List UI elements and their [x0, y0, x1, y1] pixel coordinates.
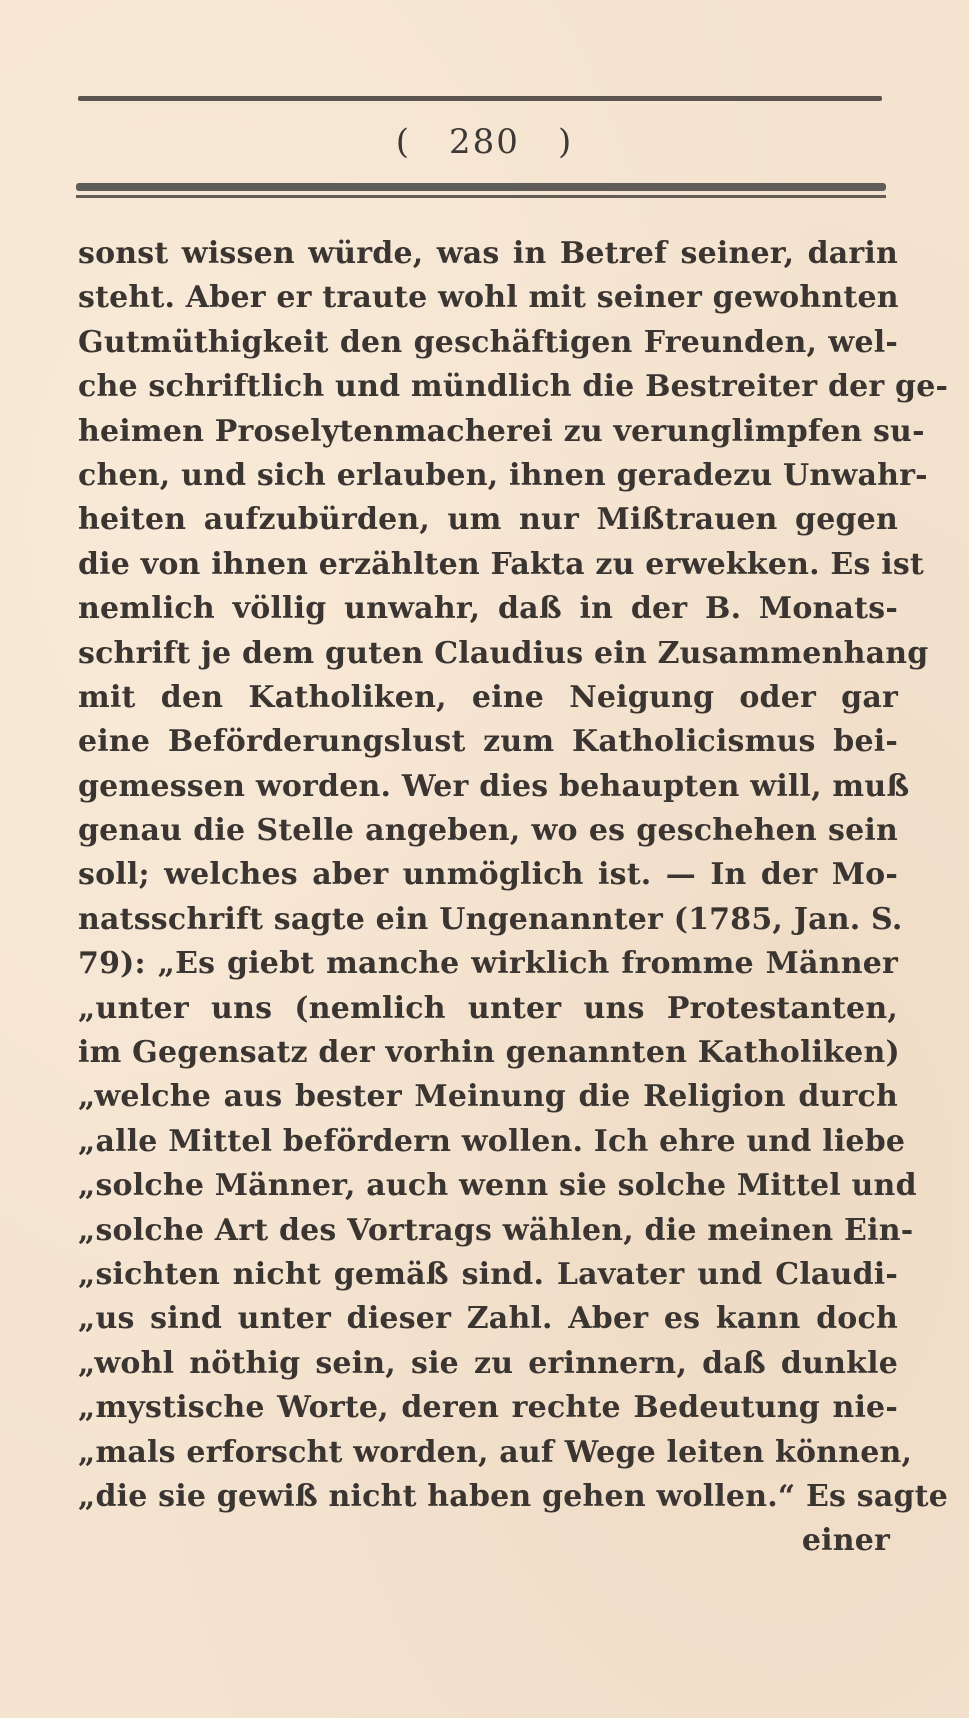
text-line: chen, und sich erlauben, ihnen geradezu …	[78, 454, 898, 498]
text-line: eine Beförderungslust zum Katholicismus …	[78, 720, 898, 764]
text-line: mit den Katholiken, eine Neigung oder ga…	[78, 676, 898, 720]
text-line: nemlich völlig unwahr, daß in der B. Mon…	[78, 587, 898, 631]
page-number-paren-open: (	[396, 122, 411, 162]
text-line: Gutmüthigkeit den geschäftigen Freunden,…	[78, 321, 898, 365]
text-line: gemessen worden. Wer dies behaupten will…	[78, 765, 898, 809]
text-line: „mals erforscht worden, auf Wege leiten …	[78, 1431, 898, 1475]
text-line: genau die Stelle angeben, wo es geschehe…	[78, 809, 898, 853]
text-line: natsschrift sagte ein Ungenannter (1785,…	[78, 898, 898, 942]
book-page: (280) sonst wissen würde, was in Betref …	[0, 0, 969, 1718]
text-line: im Gegensatz der vorhin genannten Kathol…	[78, 1031, 898, 1075]
catchword: einer	[78, 1519, 898, 1563]
text-line: „sichten nicht gemäß sind. Lavater und C…	[78, 1253, 898, 1297]
text-line: „alle Mittel befördern wollen. Ich ehre …	[78, 1120, 898, 1164]
header-double-rule-thin	[76, 195, 886, 198]
page-number-value: 280	[449, 122, 520, 162]
text-line: schrift je dem guten Claudius ein Zusamm…	[78, 632, 898, 676]
text-line: „welche aus bester Meinung die Religion …	[78, 1075, 898, 1119]
text-line: „solche Männer, auch wenn sie solche Mit…	[78, 1164, 898, 1208]
text-line: „mystische Worte, deren rechte Bedeutung…	[78, 1386, 898, 1430]
text-line: sonst wissen würde, was in Betref seiner…	[78, 232, 898, 276]
text-line: 79): „Es giebt manche wirklich fromme Mä…	[78, 942, 898, 986]
text-line: che schriftlich und mündlich die Bestrei…	[78, 365, 898, 409]
text-line: heiten aufzubürden, um nur Mißtrauen geg…	[78, 498, 898, 542]
text-line: steht. Aber er traute wohl mit seiner ge…	[78, 276, 898, 320]
text-line: „us sind unter dieser Zahl. Aber es kann…	[78, 1297, 898, 1341]
text-line: heimen Proselytenmacherei zu verunglimpf…	[78, 410, 898, 454]
header-rule	[78, 96, 882, 101]
text-line: „wohl nöthig sein, sie zu erinnern, daß …	[78, 1342, 898, 1386]
body-text: sonst wissen würde, was in Betref seiner…	[78, 232, 898, 1564]
page-number-paren-close: )	[558, 122, 573, 162]
text-line: soll; welches aber unmöglich ist. — In d…	[78, 853, 898, 897]
text-line: „solche Art des Vortrags wählen, die mei…	[78, 1209, 898, 1253]
text-line: die von ihnen erzählten Fakta zu erwekke…	[78, 543, 898, 587]
page-number: (280)	[0, 122, 969, 162]
text-line: „die sie gewiß nicht haben gehen wollen.…	[78, 1475, 898, 1519]
text-line: „unter uns (nemlich unter uns Protestant…	[78, 987, 898, 1031]
header-double-rule-thick	[76, 183, 886, 191]
